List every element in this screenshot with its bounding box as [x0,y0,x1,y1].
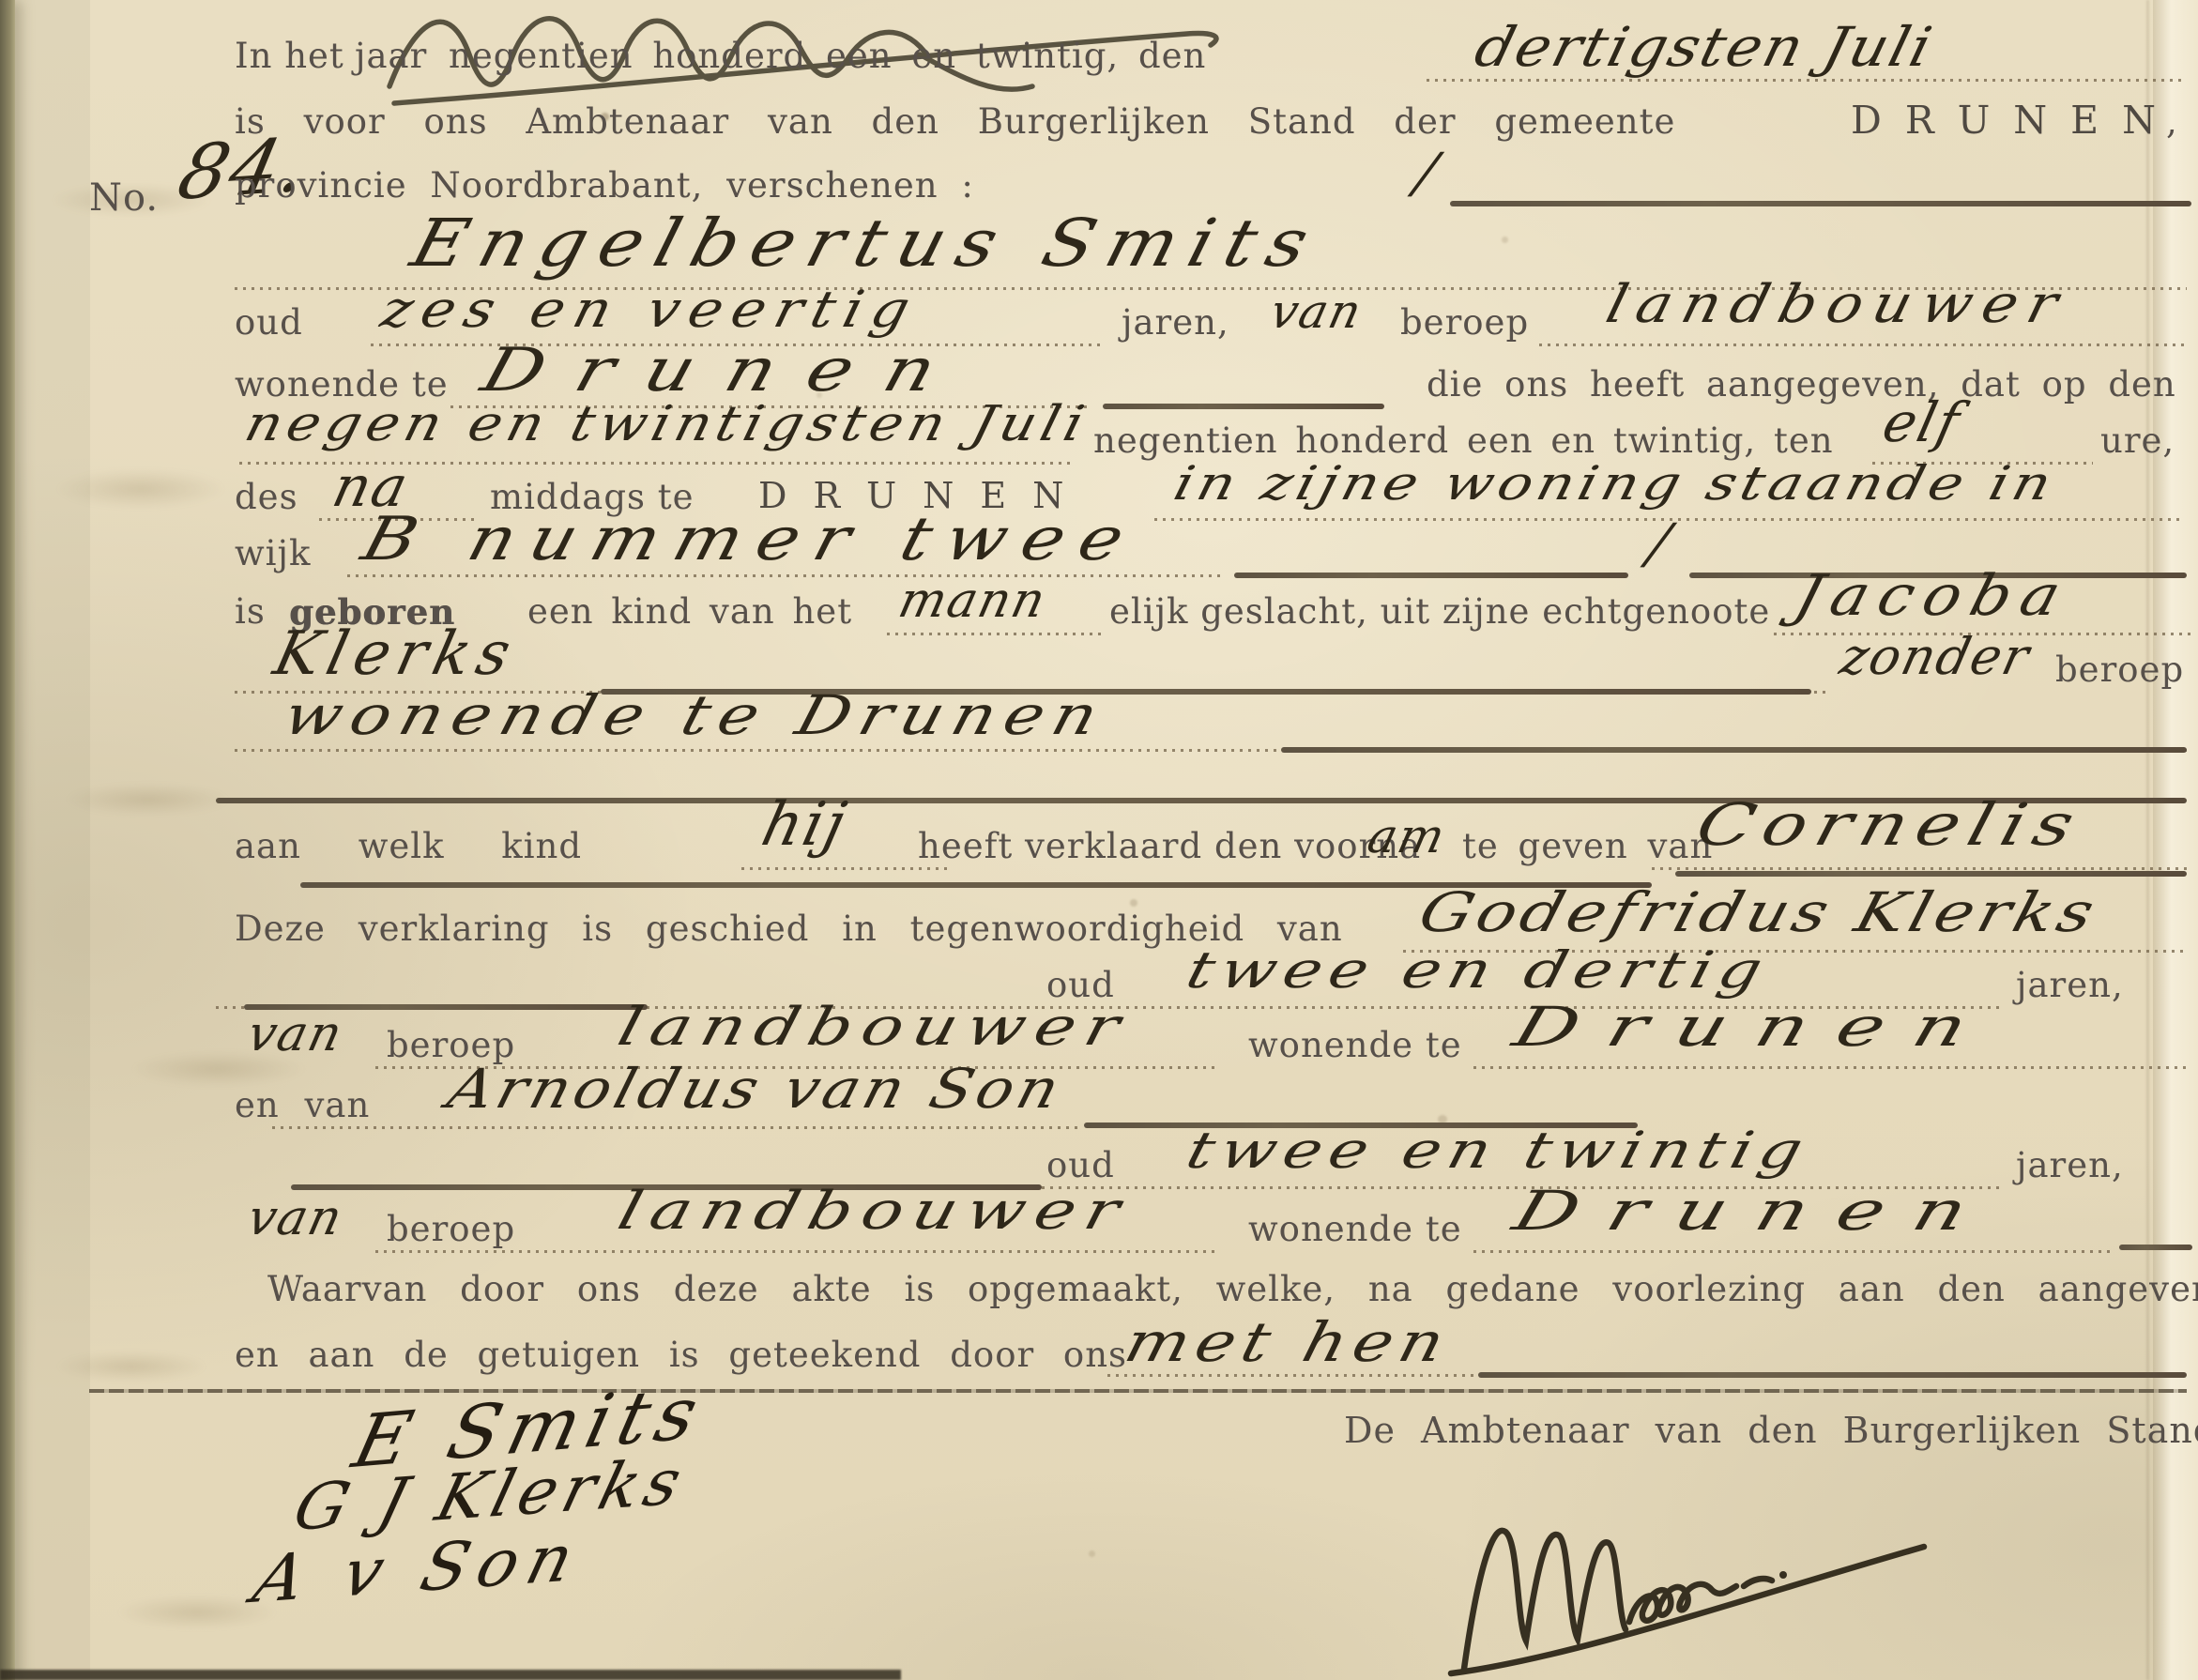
dotted-fill-line [1473,1066,2187,1069]
act-number-label: No. [89,176,159,220]
dotted-fill-line [1427,79,2187,82]
witness2-residence-handwritten: Drunen [1506,1179,2005,1243]
form-label-wonende-te: wonende te [1248,1209,1462,1249]
mother-occupation-handwritten: zonder [1835,627,2037,686]
mother-residence-handwritten: wonende te Drunen [277,683,1114,747]
form-text-verklaring: Deze verklaring is geschied in tegenwoor… [235,909,1343,949]
form-label-des: des [235,477,298,517]
form-label-jaren: jaren, [2016,1145,2124,1185]
form-label-ure: ure, [2100,420,2175,461]
declarant-age-handwritten: zes en veertig [375,280,925,339]
birth-certificate-scan: No. 84. In het jaar negentien honderd ee… [0,0,2198,1680]
ink-bleedthrough [66,784,230,816]
pronoun-handwritten: hij [756,790,854,860]
witness1-residence-handwritten: Drunen [1506,995,2005,1059]
form-text-waarvan: Waarvan door ons deze akte is opgemaakt,… [267,1269,2198,1309]
form-label-jaren: jaren, [1122,302,1229,343]
signing-note-handwritten: met hen [1119,1310,1458,1374]
comma: , [2166,101,2178,142]
handwritten-van: van [1265,284,1368,339]
form-label-is: is [235,591,266,632]
form-label-en-van: en van [235,1085,370,1125]
witness2-age-handwritten: twee en twintig [1181,1121,1816,1180]
child-name-handwritten: Cornelis [1689,790,2091,859]
official-signature [1434,1481,1969,1680]
form-text-geteekend: en aan de getuigen is geteekend door ons [235,1335,1127,1375]
witness1-occupation-handwritten: landbouwer [612,997,1136,1058]
form-text-aangegeven: die ons heeft aangegeven, dat op den [1427,364,2176,405]
form-label-wijk: wijk [235,533,311,573]
form-label-beroep: beroep [1400,302,1529,343]
municipality-name: DRUNEN [1851,98,2179,143]
dotted-fill-line [887,633,1103,635]
handwritten-van: van [242,1006,349,1062]
handwritten-slash: / [1410,141,1444,205]
ink-bleedthrough [56,1352,206,1382]
ink-rule [1234,573,1628,578]
house-address-handwritten: B nummer twee [355,505,1147,574]
witness1-name-handwritten: Godefridus Klerks [1412,880,2105,944]
stain-spot [1089,1550,1095,1557]
form-text-year-b: negentien honderd een en twintig, den [449,36,1206,76]
dotted-fill-line [375,1250,1220,1253]
birth-date-handwritten: negen en twintigsten Juli [239,396,1095,452]
official-title: De Ambtenaar van den Burgerlijken Stand, [1344,1410,2198,1451]
declarant-name-handwritten: Engelbertus Smits [404,205,1329,282]
mother-surname-handwritten: Klerks [267,619,524,689]
handwritten-slash: / [1642,512,1677,575]
form-label-beroep: beroep [387,1209,515,1249]
form-text-kind-van-het: een kind van het [527,591,852,632]
dotted-fill-line [272,1126,1079,1129]
left-margin-shading [15,0,90,1680]
page-bottom-edge [0,1670,901,1680]
ink-rule [1450,201,2191,206]
form-text-official-intro: is voor ons Ambtenaar van den Burgerlijk… [235,101,1675,142]
declarant-residence-handwritten: Drunen [474,336,977,405]
child-gender-handwritten: mann [893,573,1052,629]
witness2-name-handwritten: Arnoldus van Son [441,1057,1070,1121]
form-text-birthyear: negentien honderd een en twintig, ten [1093,420,1834,461]
form-text-struck-word: jaar [355,36,427,76]
stain-spot [1502,237,1508,243]
dotted-fill-line [347,574,1220,577]
declarant-occupation-handwritten: landbouwer [1600,274,2074,335]
form-text-province: provincie Noordbrabant, verschenen : [235,165,974,206]
ink-bleedthrough [56,469,225,509]
form-label-beroep: beroep [2055,649,2184,690]
dotted-fill-line [741,867,948,870]
section-divider-rule [89,1389,2187,1393]
witness1-age-handwritten: twee en dertig [1181,940,1776,1000]
form-text-geslacht-echtgenoote: elijk geslacht, uit zijne echtgenoote [1109,591,1770,632]
voornaam-suffix-handwritten: am [1363,809,1452,863]
form-label-oud: oud [1046,1145,1115,1185]
dotted-fill-line [1473,1250,2112,1253]
ink-rule [2119,1245,2192,1250]
handwritten-van: van [242,1190,349,1246]
form-text-year-a: In het [235,36,344,76]
ink-rule [1103,404,1384,409]
dotted-fill-line [1107,1374,1473,1377]
ink-rule [1281,747,2187,753]
binding-edge [0,0,15,1680]
mother-firstname-handwritten: Jacoba [1788,563,2078,629]
form-text-te-geven-van: te geven van [1462,826,1713,866]
form-label-oud: oud [235,302,303,343]
dotted-fill-line [1652,867,2187,870]
birth-location-handwritten: in zijne woning staande in [1168,456,2061,511]
witness2-occupation-handwritten: landbouwer [612,1181,1136,1242]
ink-rule-heavy [1675,871,2187,877]
form-text-verklaard-voorna: heeft verklaard den voorna [918,826,1421,866]
form-label-wonende-te: wonende te [1248,1025,1462,1065]
form-text-aan-welk-kind: aan welk kind [235,826,582,866]
registration-date-handwritten: dertigsten Juli [1469,15,1940,79]
ink-rule [1478,1372,2187,1378]
form-label-jaren: jaren, [2016,965,2124,1005]
stain-spot [1130,899,1137,907]
dotted-fill-line [1539,344,2187,346]
birth-hour-handwritten: elf [1877,390,1967,454]
